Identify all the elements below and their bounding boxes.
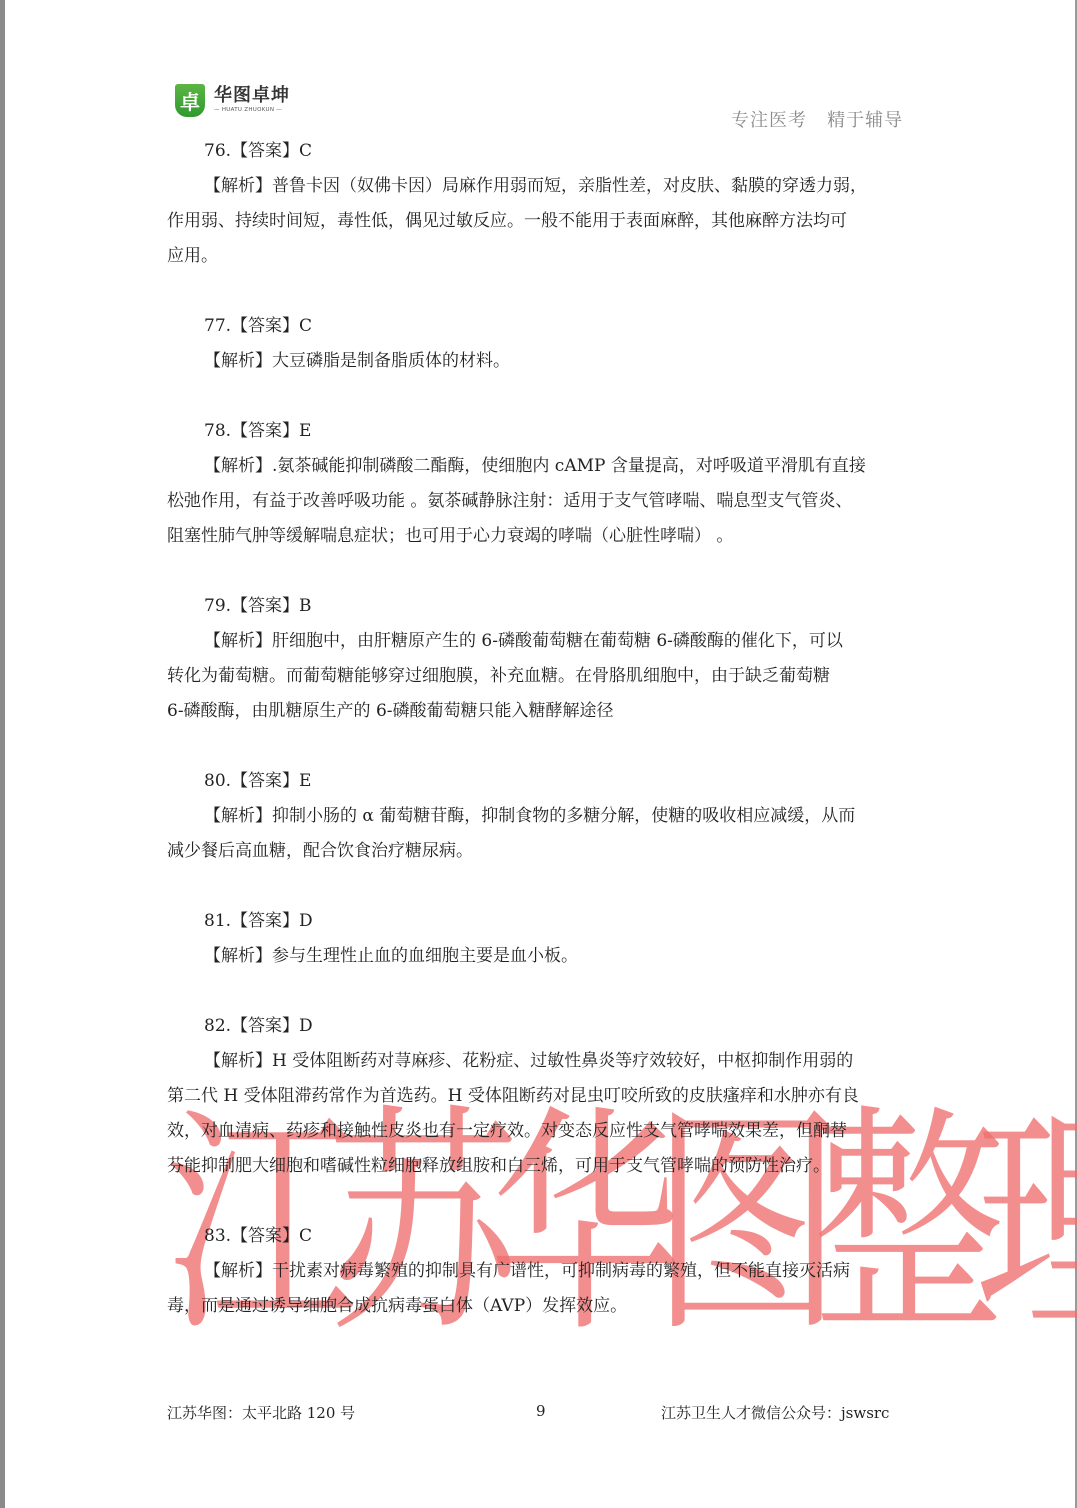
page-number: 9 [536, 1402, 546, 1420]
answer-80: 80.【答案】E [204, 770, 311, 792]
logo-badge-icon: 卓 [175, 84, 205, 117]
analysis-79-line-2: 转化为葡萄糖。而葡萄糖能够穿过细胞膜，补充血糖。在骨胳肌细胞中，由于缺乏葡萄糖 [167, 665, 830, 687]
analysis-81-line-1: 【解析】参与生理性止血的血细胞主要是血小板。 [204, 945, 578, 967]
answer-82: 82.【答案】D [204, 1015, 313, 1037]
viewer-edge-left [0, 0, 5, 1508]
analysis-76-line-1: 【解析】普鲁卡因（奴佛卡因）局麻作用弱而短，亲脂性差，对皮肤、黏膜的穿透力弱， [204, 175, 867, 197]
analysis-82-line-1: 【解析】H 受体阻断药对荨麻疹、花粉症、过敏性鼻炎等疗效较好，中枢抑制作用弱的 [204, 1050, 853, 1072]
logo-name-en: — HUATU ZHUOKUN — [214, 106, 290, 114]
analysis-80-line-1: 【解析】抑制小肠的 α 葡萄糖苷酶，抑制食物的多糖分解，使糖的吸收相应减缓，从而 [204, 805, 855, 827]
analysis-82-line-4: 芬能抑制肥大细胞和嗜碱性粒细胞释放组胺和白三烯，可用于支气管哮喘的预防性治疗。 [167, 1155, 830, 1177]
analysis-82-line-3: 效，对血清病、药疹和接触性皮炎也有一定疗效。对变态反应性支气管哮喘效果差，但酮替 [167, 1120, 847, 1142]
header-slogan: 专注医考 精于辅导 [731, 106, 903, 132]
analysis-79-line-1: 【解析】肝细胞中，由肝糖原产生的 6-磷酸葡萄糖在葡萄糖 6-磷酸酶的催化下，可… [204, 630, 843, 652]
analysis-77-line-1: 【解析】大豆磷脂是制备脂质体的材料。 [204, 350, 510, 372]
answer-83: 83.【答案】C [204, 1225, 312, 1247]
analysis-76-line-3: 应用。 [167, 245, 218, 267]
analysis-79-line-3: 6-磷酸酶，由肌糖原生产的 6-磷酸葡萄糖只能入糖酵解途径 [167, 700, 614, 722]
answer-81: 81.【答案】D [204, 910, 313, 932]
analysis-83-line-1: 【解析】干扰素对病毒繁殖的抑制具有广谱性，可抑制病毒的繁殖，但不能直接灭活病 [204, 1260, 850, 1282]
analysis-80-line-2: 减少餐后高血糖，配合饮食治疗糖尿病。 [167, 840, 473, 862]
company-logo: 卓 华图卓坤 — HUATU ZHUOKUN — [175, 83, 290, 117]
logo-text: 华图卓坤 — HUATU ZHUOKUN — [214, 86, 290, 114]
analysis-76-line-2: 作用弱、持续时间短，毒性低，偶见过敏反应。一般不能用于表面麻醉，其他麻醉方法均可 [167, 210, 847, 232]
answer-78: 78.【答案】E [204, 420, 311, 442]
answer-77: 77.【答案】C [204, 315, 312, 337]
footer-wechat: 江苏卫生人才微信公众号：jswsrc [661, 1402, 889, 1423]
footer-address: 江苏华图：太平北路 120 号 [167, 1402, 355, 1423]
analysis-78-line-3: 阻塞性肺气肿等缓解喘息症状；也可用于心力衰竭的哮喘（心脏性哮喘） 。 [167, 525, 733, 547]
answer-76: 76.【答案】C [204, 140, 312, 162]
analysis-83-line-2: 毒，而是通过诱导细胞合成抗病毒蛋白体（AVP）发挥效应。 [167, 1295, 627, 1317]
analysis-78-line-1: 【解析】.氨茶碱能抑制磷酸二酯酶，使细胞内 cAMP 含量提高，对呼吸道平滑肌有… [204, 455, 866, 477]
analysis-78-line-2: 松弛作用，有益于改善呼吸功能 。氨茶碱静脉注射：适用于支气管哮喘、喘息型支气管炎… [167, 490, 852, 512]
logo-name-cn: 华图卓坤 [214, 86, 290, 106]
answer-79: 79.【答案】B [204, 595, 312, 617]
analysis-82-line-2: 第二代 H 受体阻滞药常作为首选药。H 受体阻断药对昆虫叮咬所致的皮肤瘙痒和水肿… [167, 1085, 859, 1107]
